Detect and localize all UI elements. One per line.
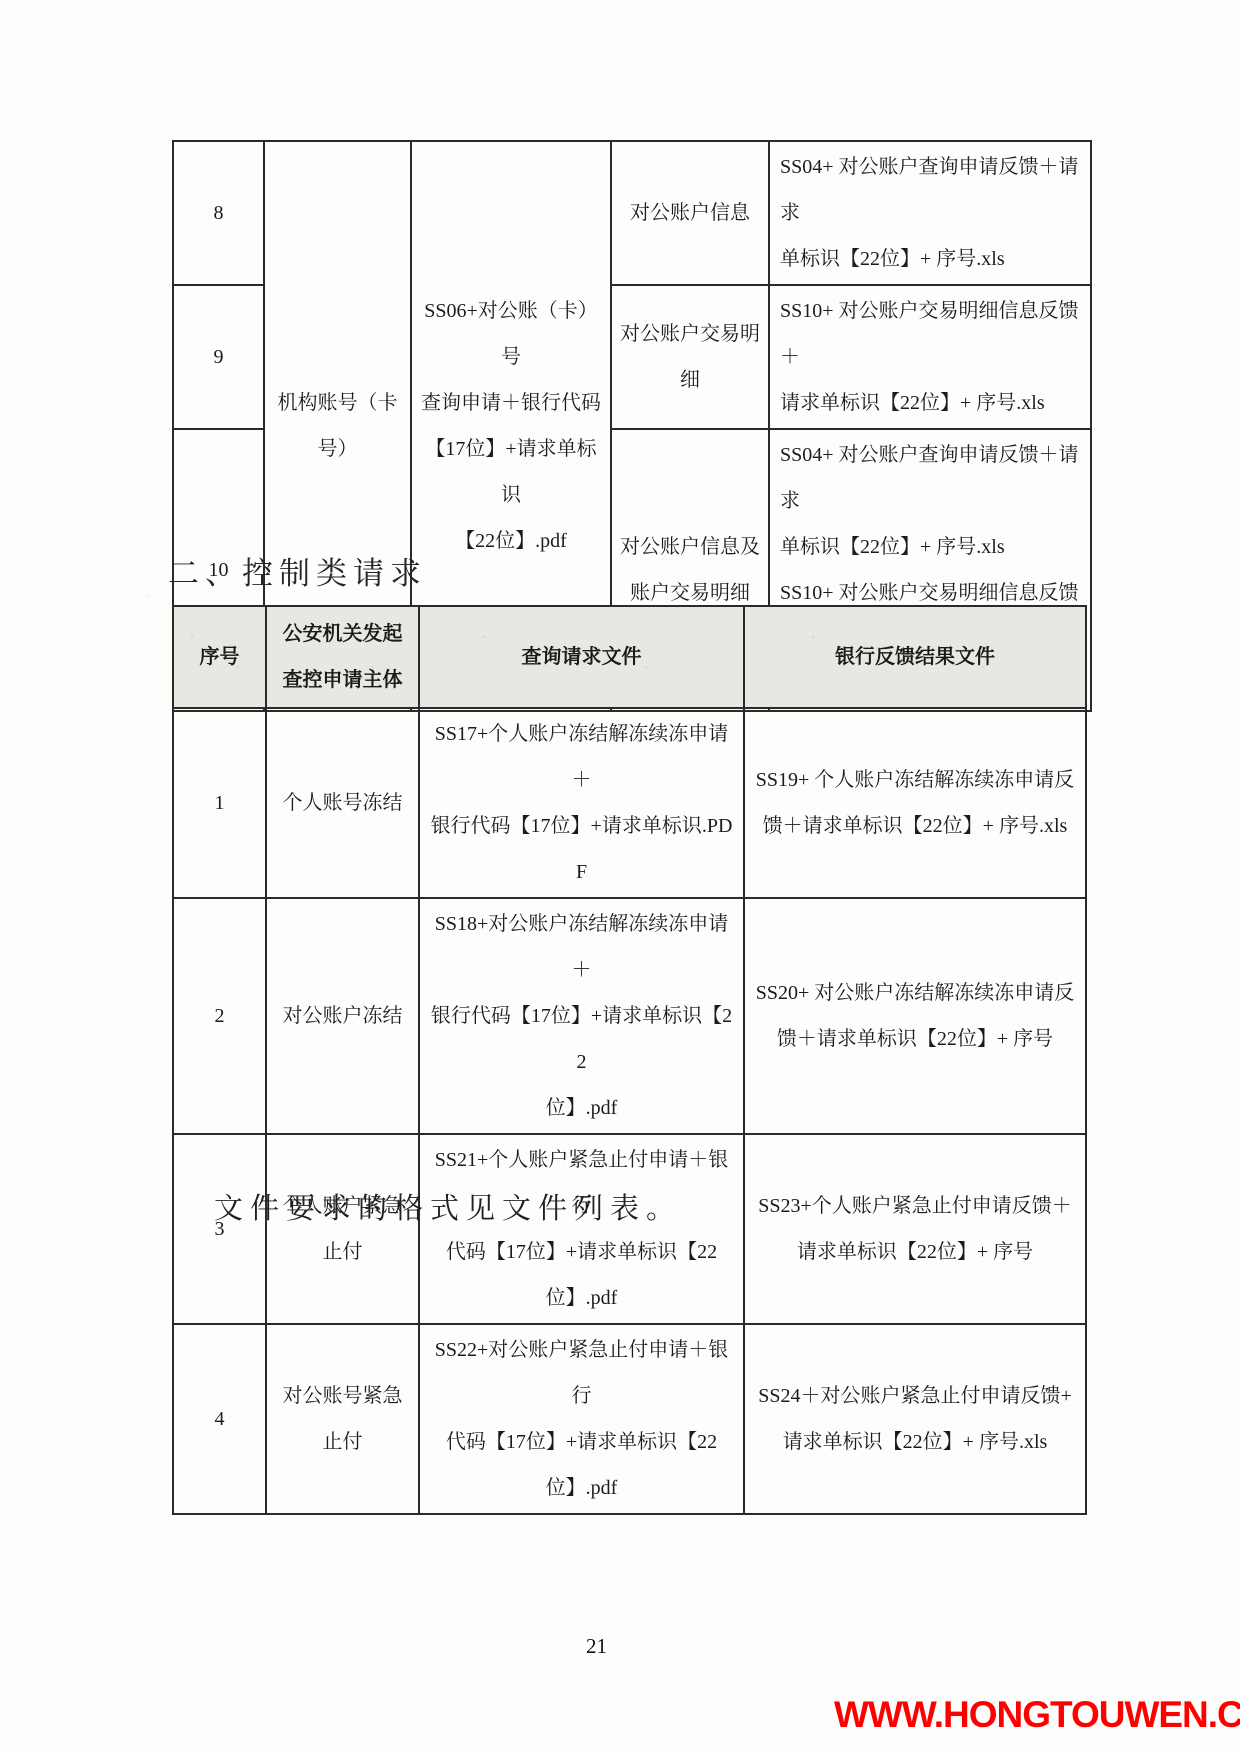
seq-cell: 4 xyxy=(173,1324,266,1514)
info-type-9: 对公账户交易明 细 xyxy=(618,311,762,403)
subject-cell: 对公账号紧急 止付 xyxy=(266,1324,419,1514)
table-row: 2 对公账户冻结 SS18+对公账户冻结解冻续冻申请＋ 银行代码【17位】+请求… xyxy=(173,898,1086,1134)
subject-cell: 对公账户冻结 xyxy=(266,898,419,1134)
page-number: 21 xyxy=(586,1634,607,1659)
row4-feedback: SS24＋对公账户紧急止付申请反馈+ 请求单标识【22位】+ 序号.xls xyxy=(751,1373,1079,1465)
info-type-cell: 对公账户信息 xyxy=(611,141,769,285)
request-cell: SS22+对公账户紧急止付申请＋银行 代码【17位】+请求单标识【22位】.pd… xyxy=(419,1324,744,1514)
table-row: 4 对公账号紧急 止付 SS22+对公账户紧急止付申请＋银行 代码【17位】+请… xyxy=(173,1324,1086,1514)
feedback-10-part1: SS04+ 对公账户查询申请反馈＋请求 单标识【22位】+ 序号.xls xyxy=(780,432,1088,570)
request-cell: SS21+个人账户紧急止付申请＋银行 代码【17位】+请求单标识【22位】.pd… xyxy=(419,1134,744,1324)
feedback-9: SS10+ 对公账户交易明细信息反馈＋ 请求单标识【22位】+ 序号.xls xyxy=(780,288,1088,426)
header-request-text: 查询请求文件 xyxy=(426,634,737,680)
feedback-cell: SS20+ 对公账户冻结解冻续冻申请反 馈＋请求单标识【22位】+ 序号 xyxy=(744,898,1086,1134)
row2-seq: 2 xyxy=(180,993,259,1039)
seq-cell: 1 xyxy=(173,708,266,898)
feedback-cell: SS23+个人账户紧急止付申请反馈＋ 请求单标识【22位】+ 序号 xyxy=(744,1134,1086,1324)
row1-feedback: SS19+ 个人账户冻结解冻续冻申请反 馈＋请求单标识【22位】+ 序号.xls xyxy=(751,757,1079,849)
table-row: 1 个人账号冻结 SS17+个人账户冻结解冻续冻申请＋ 银行代码【17位】+请求… xyxy=(173,708,1086,898)
header-feedback-text: 银行反馈结果文件 xyxy=(751,634,1079,680)
info-type-cell: 对公账户交易明 细 xyxy=(611,285,769,429)
row4-seq: 4 xyxy=(180,1396,259,1442)
row2-subject: 对公账户冻结 xyxy=(273,993,412,1039)
subject-cell: 个人账号冻结 xyxy=(266,708,419,898)
site-watermark: WWW.HONGTOUWEN.COM xyxy=(834,1694,1240,1736)
request-file-text: SS06+对公账（卡）号 查询申请＋银行代码 【17位】+请求单标识 【22位】… xyxy=(418,288,604,564)
header-subject-text: 公安机关发起 查控申请主体 xyxy=(273,611,412,703)
seq-9: 9 xyxy=(180,334,257,380)
row2-request: SS18+对公账户冻结解冻续冻申请＋ 银行代码【17位】+请求单标识【22 位】… xyxy=(426,901,737,1131)
seq-cell: 8 xyxy=(173,141,264,285)
format-note: 文件要求的格式见文件列表。 xyxy=(214,1186,682,1227)
row3-request: SS21+个人账户紧急止付申请＋银行 代码【17位】+请求单标识【22位】.pd… xyxy=(426,1137,737,1321)
seq-cell: 3 xyxy=(173,1134,266,1324)
row1-subject: 个人账号冻结 xyxy=(273,780,412,826)
scanned-document-page: 8 机构账号（卡 号） SS06+对公账（卡）号 查询申请＋银行代码 【17位】… xyxy=(0,0,1240,1754)
subject-text: 机构账号（卡 号） xyxy=(271,380,404,472)
row3-feedback: SS23+个人账户紧急止付申请反馈＋ 请求单标识【22位】+ 序号 xyxy=(751,1183,1079,1275)
subject-cell: 个人账户紧急 止付 xyxy=(266,1134,419,1324)
row4-request: SS22+对公账户紧急止付申请＋银行 代码【17位】+请求单标识【22位】.pd… xyxy=(426,1327,737,1511)
header-seq-text: 序号 xyxy=(180,634,259,680)
table-header-row: 序号 公安机关发起 查控申请主体 查询请求文件 银行反馈结果文件 xyxy=(173,606,1086,708)
row2-feedback: SS20+ 对公账户冻结解冻续冻申请反 馈＋请求单标识【22位】+ 序号 xyxy=(751,970,1079,1062)
feedback-cell: SS19+ 个人账户冻结解冻续冻申请反 馈＋请求单标识【22位】+ 序号.xls xyxy=(744,708,1086,898)
row1-seq: 1 xyxy=(180,780,259,826)
seq-8: 8 xyxy=(180,190,257,236)
table-row: 8 机构账号（卡 号） SS06+对公账（卡）号 查询申请＋银行代码 【17位】… xyxy=(173,141,1091,285)
control-request-table: 序号 公安机关发起 查控申请主体 查询请求文件 银行反馈结果文件 1 个人账号冻… xyxy=(172,605,1087,1515)
header-feedback: 银行反馈结果文件 xyxy=(744,606,1086,708)
request-cell: SS18+对公账户冻结解冻续冻申请＋ 银行代码【17位】+请求单标识【22 位】… xyxy=(419,898,744,1134)
section-heading: 二、控制类请求 xyxy=(168,548,427,593)
header-subject: 公安机关发起 查控申请主体 xyxy=(266,606,419,708)
feedback-cell: SS10+ 对公账户交易明细信息反馈＋ 请求单标识【22位】+ 序号.xls xyxy=(769,285,1091,429)
info-type-10: 对公账户信息及 账户交易明细 xyxy=(618,524,762,616)
info-type-8: 对公账户信息 xyxy=(618,190,762,236)
table-row: 3 个人账户紧急 止付 SS21+个人账户紧急止付申请＋银行 代码【17位】+请… xyxy=(173,1134,1086,1324)
seq-cell: 9 xyxy=(173,285,264,429)
row1-request: SS17+个人账户冻结解冻续冻申请＋ 银行代码【17位】+请求单标识.PDF xyxy=(426,711,737,895)
seq-cell: 2 xyxy=(173,898,266,1134)
row4-subject: 对公账号紧急 止付 xyxy=(273,1373,412,1465)
feedback-cell: SS04+ 对公账户查询申请反馈＋请求 单标识【22位】+ 序号.xls xyxy=(769,141,1091,285)
header-seq: 序号 xyxy=(173,606,266,708)
feedback-8: SS04+ 对公账户查询申请反馈＋请求 单标识【22位】+ 序号.xls xyxy=(780,144,1088,282)
feedback-cell: SS24＋对公账户紧急止付申请反馈+ 请求单标识【22位】+ 序号.xls xyxy=(744,1324,1086,1514)
header-request: 查询请求文件 xyxy=(419,606,744,708)
request-cell: SS17+个人账户冻结解冻续冻申请＋ 银行代码【17位】+请求单标识.PDF xyxy=(419,708,744,898)
